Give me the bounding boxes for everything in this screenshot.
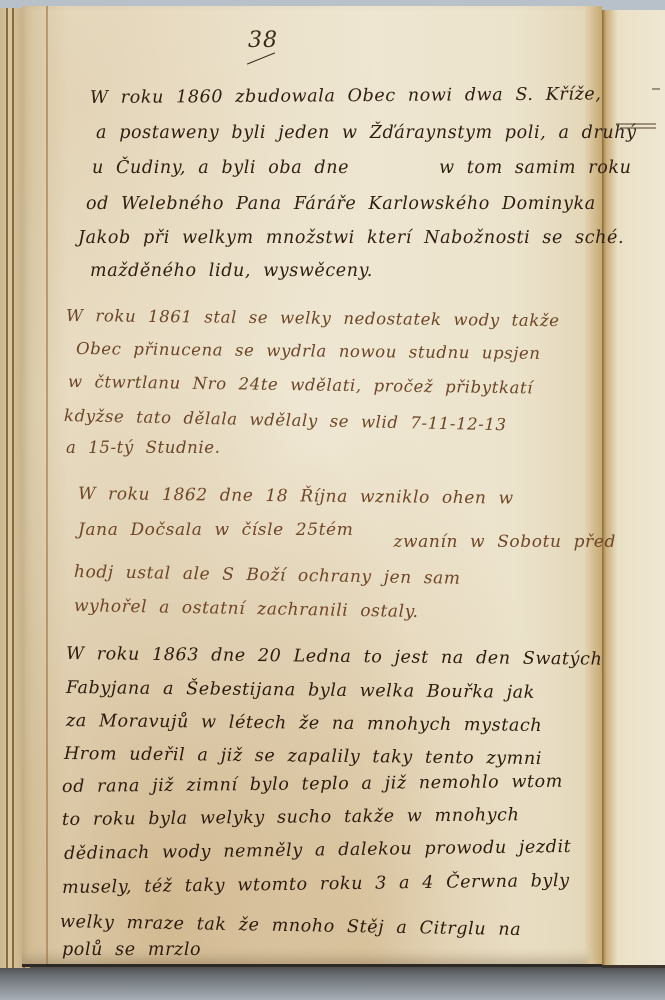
page-number: 38 bbox=[248, 28, 278, 53]
entry-line: u Čudiny, a byli oba dnew tom samim roku bbox=[92, 158, 631, 178]
entry-line: od rana již zimní bylo teplo a již nemoh… bbox=[62, 772, 563, 797]
entry-line-text: zwanín w Sobotu před bbox=[393, 532, 615, 552]
entry-line: Hrom udeřil a již se zapalily taky tento… bbox=[64, 744, 542, 769]
entry-line: kdyžse tato dělala wdělaly se wlid 7-11-… bbox=[64, 406, 507, 434]
entry-line: musely, též taky wtomto roku 3 a 4 Čerwn… bbox=[62, 871, 570, 898]
entry-line: a 15-tý Studnie. bbox=[66, 438, 221, 457]
entry-line: Obec přinucena se wydrla nowou studnu up… bbox=[76, 339, 541, 363]
entry-line-text: w tom samim roku bbox=[439, 158, 631, 178]
entry-line: wyhořel a ostatní zachranili ostaly. bbox=[74, 596, 419, 622]
entry-line: a postaweny byli jeden w Žďáraynstym pol… bbox=[96, 123, 637, 143]
entry-line-text: u Čudiny, a byli oba dne bbox=[92, 158, 349, 178]
entry-line: Fabyjana a Šebestijana byla welka Bouřka… bbox=[66, 678, 535, 703]
entry-line: w čtwrtlanu Nro 24te wdělati, pročež při… bbox=[68, 372, 533, 397]
entry-line: to roku byla welyky sucho takže w mnohyc… bbox=[62, 805, 520, 830]
gutter-line bbox=[46, 6, 48, 964]
entry-line: polů se mrzlo bbox=[62, 940, 201, 960]
entry-line: dědinach wody nemněly a dalekou prowodu … bbox=[64, 837, 572, 864]
page-fold bbox=[584, 6, 602, 964]
entry-line: W roku 1860 zbudowala Obec nowi dwa S. K… bbox=[90, 84, 602, 108]
entry-line: mažděného lidu, wyswěceny. bbox=[90, 261, 373, 281]
entry-line: Jakob při welkym množstwi kterí Nabožnos… bbox=[78, 228, 624, 248]
facing-page bbox=[602, 10, 665, 968]
entry-line: W roku 1863 dne 20 Ledna to jest na den … bbox=[66, 644, 603, 670]
manuscript-page: 38 W roku 1860 zbudowala Obec nowi dwa S… bbox=[22, 6, 602, 967]
entry-line: welky mraze tak že mnoho Stěj a Citrglu … bbox=[60, 912, 522, 940]
facing-page-ink-mark bbox=[652, 88, 660, 90]
entry-line: od Welebného Pana Fáráře Karlowského Dom… bbox=[86, 194, 596, 214]
entry-line: za Moravujů w létech že na mnohych mysta… bbox=[66, 711, 542, 736]
page-edge-line bbox=[6, 8, 8, 968]
entry-line: hodj ustal ale S Boží ochrany jen sam bbox=[74, 562, 461, 589]
entry-line: W roku 1862 dne 18 Října wzniklo ohen w bbox=[78, 484, 514, 509]
page-number-underline bbox=[247, 52, 275, 64]
entry-line: W roku 1861 stal se welky nedostatek wod… bbox=[66, 306, 560, 330]
page-edge-line bbox=[12, 8, 14, 968]
entry-line-text: Jana Dočsala w čísle 25tém bbox=[78, 520, 353, 540]
entry-line: Jana Dočsala w čísle 25témzwanín w Sobot… bbox=[78, 520, 616, 540]
